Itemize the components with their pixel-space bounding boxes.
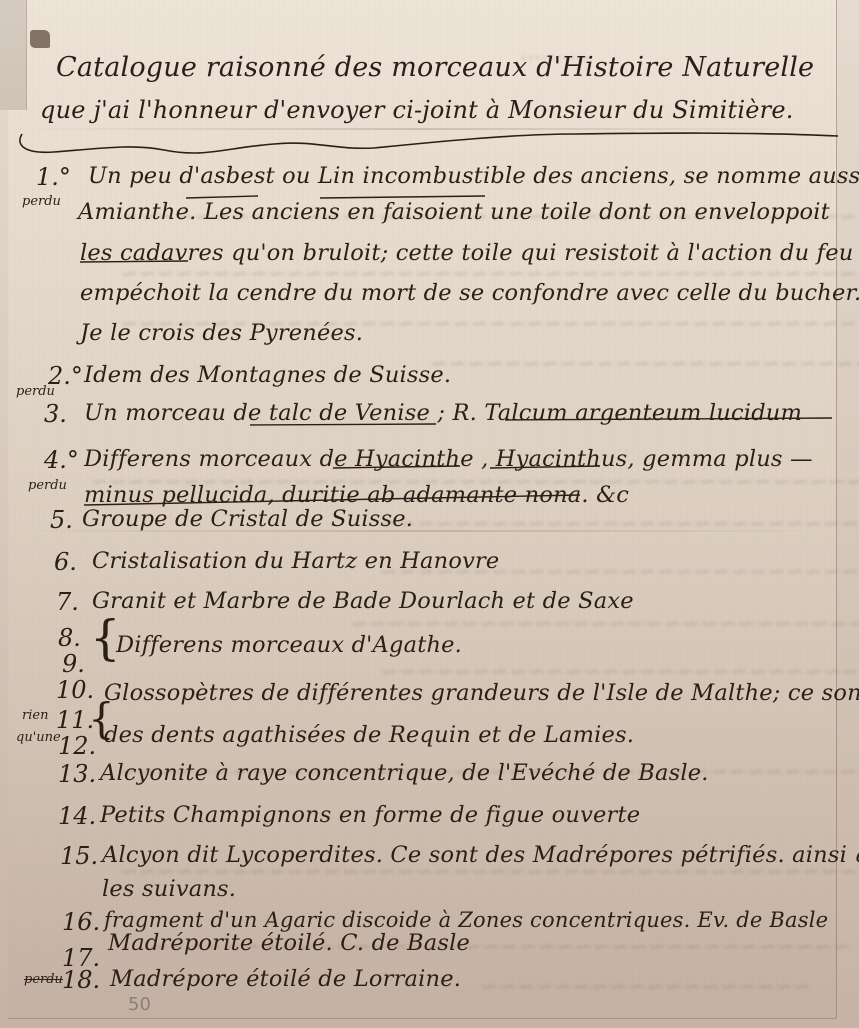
item-line: Alcyonite à raye concentrique, de l'Evéc… [100, 760, 709, 786]
item-number: 9. [62, 650, 85, 678]
item-line: les cadavres qu'on bruloit; cette toile … [80, 240, 859, 266]
margin-note: rien [22, 708, 48, 723]
item-line: Groupe de Cristal de Suisse. [82, 506, 413, 532]
item-number: 8. [58, 624, 81, 652]
item-line: les suivans. [102, 876, 236, 902]
margin-note: qu'une [16, 730, 61, 745]
margin-note: perdu [22, 194, 61, 209]
bleed-through-text: ~~~~~~~~~~~~~~~~~~~~~~~~ [430, 352, 859, 377]
item-line: Je le crois des Pyrenées. [80, 320, 363, 346]
item-line: empéchoit la cendre du mort de se confon… [80, 280, 859, 306]
binding-strip [0, 0, 27, 110]
item-number: 13. [58, 760, 96, 788]
item-line: Madrépore étoilé de Lorraine. [110, 966, 461, 992]
item-line: des dents agathisées de Requin et de Lam… [104, 722, 634, 748]
item-number: 7. [56, 588, 79, 616]
item-line: Differens morceaux de Hyacinthe , Hyacin… [84, 446, 813, 472]
ink-blot [30, 30, 50, 48]
title-flourish [14, 124, 844, 164]
margin-note-struck: perdu [24, 972, 63, 987]
item-line: Granit et Marbre de Bade Dourlach et de … [92, 588, 634, 614]
item-line: fragment d'un Agaric discoide à Zones co… [104, 908, 828, 932]
bleed-through-text: ~~~~~~~~~~~~~~~~~~ [480, 975, 812, 1000]
item-line: Idem des Montagnes de Suisse. [84, 362, 451, 388]
item-line: Un peu d'asbest ou Lin incombustible des… [88, 163, 859, 189]
margin-note: perdu [28, 478, 67, 493]
item-line: Glossopètres de différentes grandeurs de… [104, 680, 859, 706]
item-line: Differens morceaux d'Agathe. [116, 632, 462, 658]
item-line: minus pellucida, duritie ab adamante non… [84, 482, 629, 508]
item-number: 1.° [36, 163, 71, 191]
item-number: 16. [62, 908, 100, 936]
item-line: Un morceau de talc de Venise ; R. Talcum… [84, 400, 802, 426]
item-number: 5. [50, 506, 73, 534]
margin-note: perdu [16, 384, 55, 399]
item-line: Madréporite étoilé. C. de Basle [108, 930, 470, 956]
item-line: Cristalisation du Hartz en Hanovre [92, 548, 499, 574]
item-line: Petits Champignons en forme de figue ouv… [100, 802, 640, 828]
title-line-2: que j'ai l'honneur d'envoyer ci-joint à … [40, 96, 794, 124]
item-number: 14. [58, 802, 96, 830]
title-line-1: Catalogue raisonné des morceaux d'Histoi… [56, 52, 814, 83]
pencil-folio-number: 50 [128, 994, 151, 1015]
item-number: 15. [60, 842, 98, 870]
item-number: 18. [62, 966, 100, 994]
bleed-through-text: ~~~~~~~~~~~~~~~~~~~~~~~~~~~ [380, 512, 859, 537]
item-number: 6. [54, 548, 77, 576]
item-number: 4.° [44, 446, 79, 474]
item-number: 3. [44, 400, 67, 428]
item-line: Alcyon dit Lycoperdites. Ce sont des Mad… [102, 842, 859, 868]
item-line: Amianthe. Les anciens en faisoient une t… [78, 199, 830, 225]
